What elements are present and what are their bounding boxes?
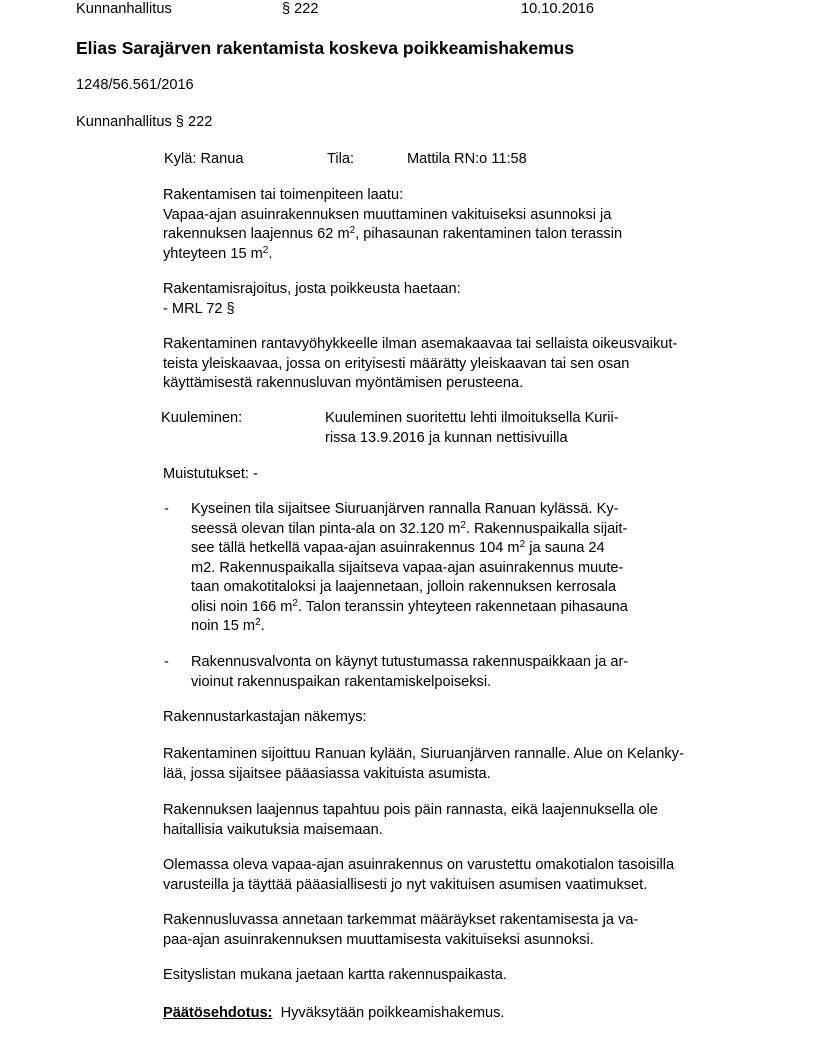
bullet-item: Kyseinen tila sijaitsee Siuruanjärven ra…	[191, 500, 711, 637]
construction-nature-section: Rakentamisen tai toimenpiteen laatu: Vap…	[163, 186, 743, 264]
construction-nature-line: Vapaa-ajan asuinrakennuksen muuttaminen …	[163, 206, 743, 226]
proposal-label: Päätösehdotus:	[163, 1005, 272, 1021]
decision-proposal: Päätösehdotus: Hyväksytään poikkeamishak…	[163, 1004, 504, 1023]
estate-label: Tila:	[327, 150, 354, 169]
map-note: Esityslistan mukana jaetaan kartta raken…	[163, 966, 507, 985]
inspector-paragraph: Rakentaminen sijoittuu Ranuan kylään, Si…	[163, 745, 743, 784]
record-number: 1248/56.561/2016	[76, 76, 194, 95]
shore-paragraph: Rakentaminen rantavyöhykkeelle ilman ase…	[163, 335, 743, 394]
header-section: § 222	[282, 0, 319, 18]
bullet-marker: -	[164, 500, 169, 520]
proposal-text: Hyväksytään poikkeamishakemus.	[281, 1005, 505, 1021]
bullet-marker: -	[164, 653, 169, 673]
restriction-heading: Rakentamisrajoitus, josta poikkeusta hae…	[163, 280, 743, 300]
estate-value: Mattila RN:o 11:58	[407, 150, 527, 169]
restriction-section: Rakentamisrajoitus, josta poikkeusta hae…	[163, 280, 743, 319]
inspector-paragraph: Rakennusluvassa annetaan tarkemmat määrä…	[163, 911, 743, 950]
meeting-reference: Kunnanhallitus § 222	[76, 113, 212, 132]
inspector-paragraph: Rakennuksen laajennus tapahtuu pois päin…	[163, 801, 743, 840]
bullet-item: Rakennusvalvonta on käynyt tutustumassa …	[191, 653, 711, 692]
hearing-label: Kuuleminen:	[161, 409, 242, 428]
construction-nature-heading: Rakentamisen tai toimenpiteen laatu:	[163, 186, 743, 206]
village-label: Kylä: Ranua	[164, 150, 244, 169]
construction-nature-line: yhteyteen 15 m2.	[163, 245, 743, 265]
restriction-item: - MRL 72 §	[163, 300, 743, 320]
document-title: Elias Sarajärven rakentamista koskeva po…	[76, 37, 574, 59]
header-body: Kunnanhallitus	[76, 0, 172, 18]
hearing-text: Kuuleminen suoritettu lehti ilmoituksell…	[325, 409, 619, 448]
construction-nature-line: rakennuksen laajennus 62 m2, pihasaunan …	[163, 225, 743, 245]
inspector-paragraph: Olemassa oleva vapaa-ajan asuinrakennus …	[163, 856, 743, 895]
remarks: Muistutukset: -	[163, 465, 258, 484]
header-date: 10.10.2016	[521, 0, 594, 18]
inspector-heading: Rakennustarkastajan näkemys:	[163, 708, 367, 727]
